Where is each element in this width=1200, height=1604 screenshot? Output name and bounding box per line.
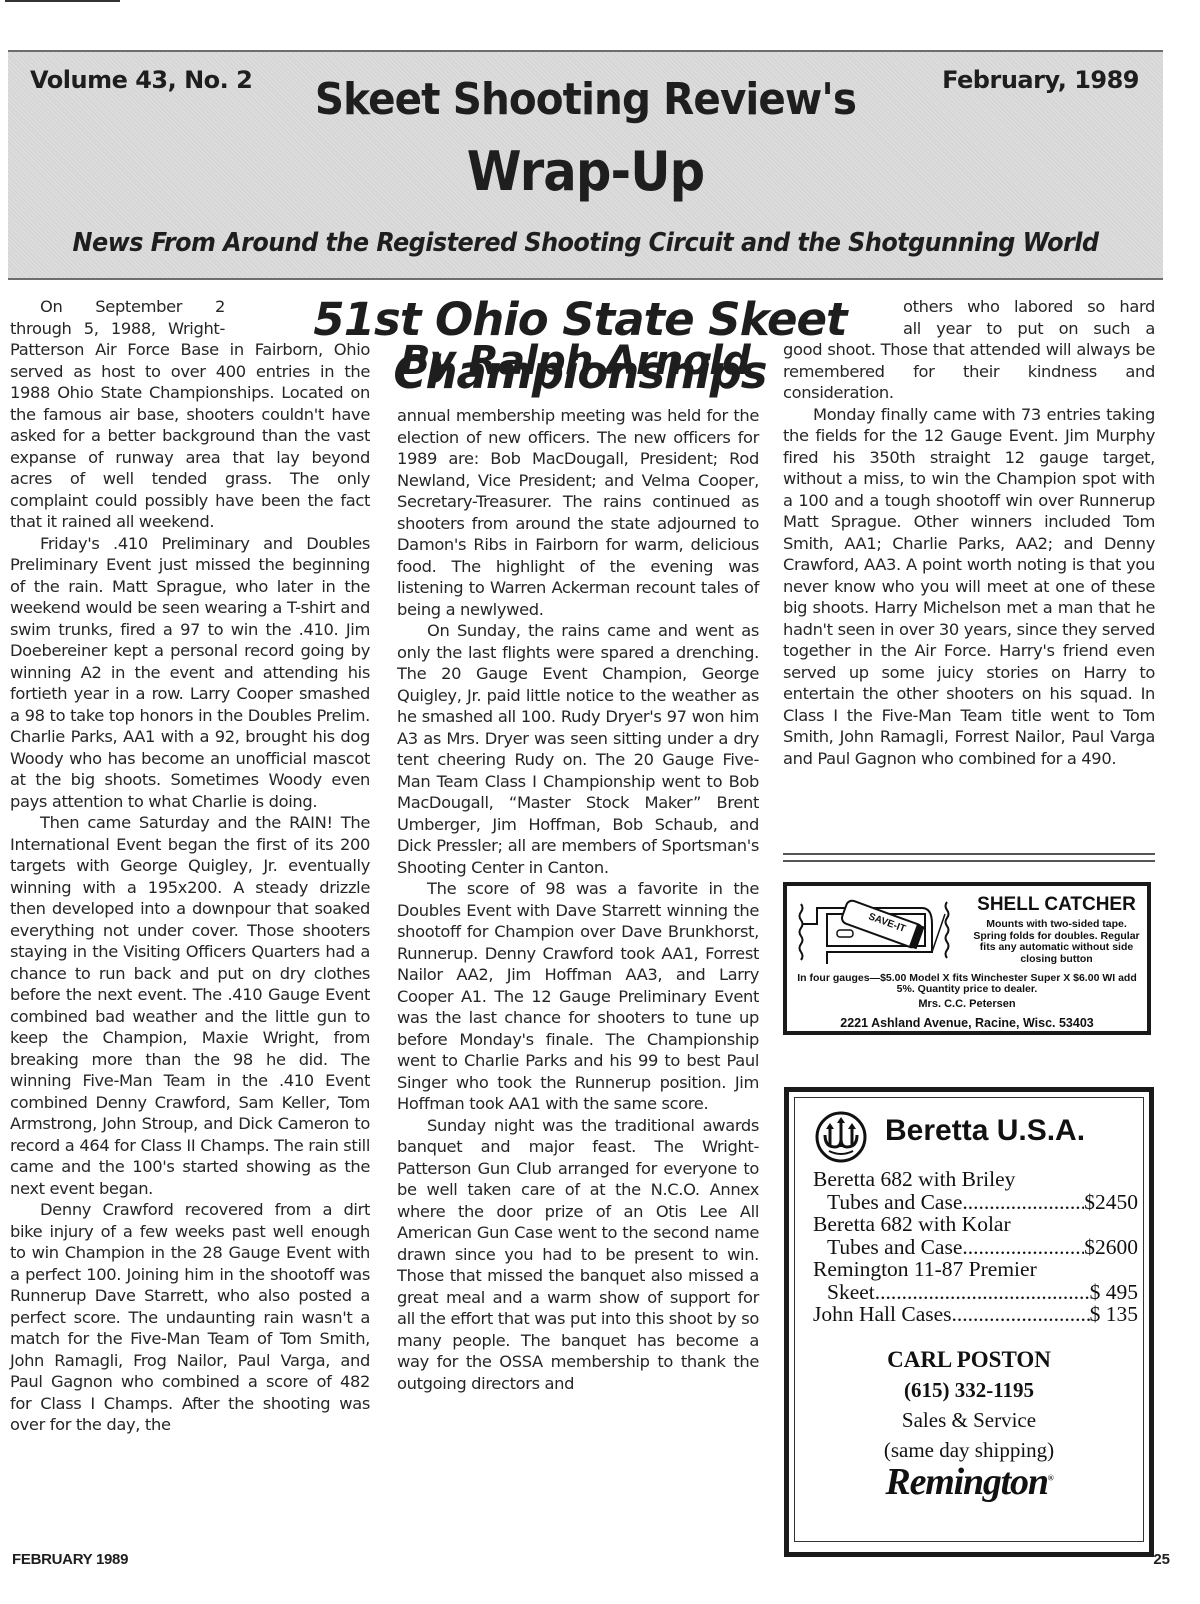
remington-wordmark: Remington [885,1461,1047,1503]
item-price: $2450 [1084,1191,1138,1214]
shell-catcher-illustration-icon: SAVE-IT [797,894,957,966]
paragraph: On Sunday, the rains came and went as on… [397,620,759,878]
item-price: $ 135 [1090,1303,1138,1326]
section-title: Wrap-Up [54,140,1117,203]
masthead-tagline: News From Around the Registered Shooting… [54,228,1117,258]
beretta-trident-logo-icon [815,1111,867,1163]
wrapped-opening: others who labored so hard all year to p… [903,296,1155,339]
paragraph: The score of 98 was a favorite in the Do… [397,878,759,1115]
shell-catcher-ad: SAVE-IT SHELL CATCHER Mounts with two-si… [783,882,1151,1035]
item-name: Remington 11-87 Premier [813,1258,1138,1281]
remington-logo: Remington® [795,1460,1143,1504]
paragraph: Monday finally came with 73 entries taki… [783,404,1155,770]
ad-brand: Beretta U.S.A. [885,1114,1085,1148]
paragraph: good shoot. Those that attended will alw… [783,339,1155,404]
dot-leader [952,1303,1090,1326]
text-line: others who labored so hard [903,296,1155,318]
paragraph: Denny Crawford recovered from a dirt bik… [10,1199,370,1436]
dot-leader [962,1236,1084,1259]
item-detail: Tubes and Case [827,1191,962,1214]
article-column-2: annual membership meeting was held for t… [397,405,759,1394]
masthead: Volume 43, No. 2 February, 1989 Skeet Sh… [8,50,1163,280]
item-name: Beretta 682 with Briley [813,1168,1138,1191]
divider-line [783,860,1155,862]
ad-title: SHELL CATCHER [969,894,1144,916]
beretta-ad: Beretta U.S.A. Beretta 682 with Briley T… [784,1087,1154,1557]
price-row: Tubes and Case $2450 [813,1191,1138,1214]
item-name: Beretta 682 with Kolar [813,1213,1138,1236]
footer-issue: FEBRUARY 1989 [12,1551,128,1568]
item-price: $ 495 [1090,1281,1138,1304]
ad-inner-frame: Beretta U.S.A. Beretta 682 with Briley T… [794,1097,1144,1542]
text-line: On September 2 [10,296,225,318]
ad-contact-name: Mrs. C.C. Petersen [787,998,1147,1010]
item-price: $2600 [1084,1236,1138,1259]
wrapped-opening: On September 2 through 5, 1988, Wright- [10,296,225,339]
ad-pricing: In four gauges—$5.00 Model X fits Winche… [791,973,1143,995]
price-list: Beretta 682 with Briley Tubes and Case $… [813,1168,1138,1326]
paragraph: annual membership meeting was held for t… [397,405,759,620]
paragraph: Then came Saturday and the RAIN! The Int… [10,812,370,1199]
trademark-symbol: ® [1048,1473,1053,1482]
ad-description: Mounts with two-sided tape. Spring folds… [969,919,1144,965]
text-line: all year to put on such a [903,318,1155,340]
paragraph: Sunday night was the traditional awards … [397,1115,759,1395]
item-detail: Tubes and Case [827,1236,962,1259]
dealer-name: CARL POSTON [795,1345,1143,1375]
ad-address: 2221 Ashland Avenue, Racine, Wisc. 53403 [787,1016,1147,1030]
dot-leader [875,1281,1090,1304]
price-row: Skeet $ 495 [813,1281,1138,1304]
page-number: 25 [1153,1551,1170,1568]
dealer-phone: (615) 332-1195 [795,1375,1143,1405]
divider-line [783,853,1155,855]
article-column-1: On September 2 through 5, 1988, Wright- … [10,296,370,1436]
dealer-contact: CARL POSTON (615) 332-1195 Sales & Servi… [795,1345,1143,1465]
dealer-service: Sales & Service [795,1405,1143,1435]
article-column-3: others who labored so hard all year to p… [783,296,1155,769]
scan-edge-mark [5,0,120,2]
text-line: through 5, 1988, Wright- [10,318,225,340]
publication-title: Skeet Shooting Review's [54,74,1117,125]
item-detail: Skeet [827,1281,875,1304]
article-byline: By Ralph Arnold [385,338,765,384]
paragraph: Friday's .410 Preliminary and Doubles Pr… [10,533,370,813]
item-detail: John Hall Cases [813,1303,952,1326]
price-row: Tubes and Case $2600 [813,1236,1138,1259]
price-row: John Hall Cases $ 135 [813,1303,1138,1326]
paragraph: Patterson Air Force Base in Fairborn, Oh… [10,339,370,533]
dot-leader [962,1191,1084,1214]
